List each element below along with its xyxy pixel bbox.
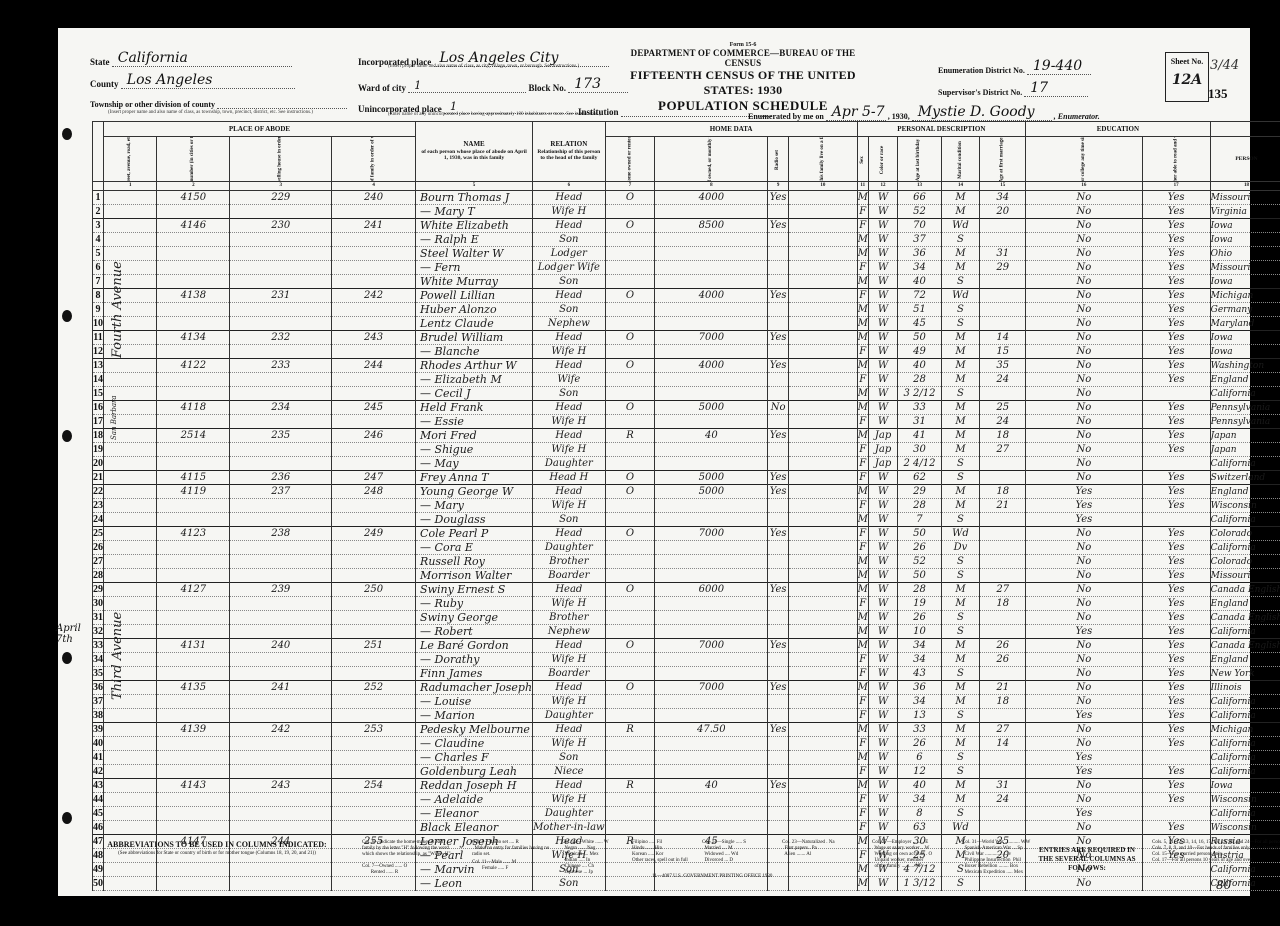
cell-marital: M <box>941 499 980 513</box>
cell-sex: M <box>857 317 868 331</box>
cell-street <box>104 233 157 247</box>
cell-race: W <box>868 205 897 219</box>
cell-race: W <box>868 695 897 709</box>
cell-name: — Shigue <box>416 443 533 457</box>
line-number: 9 <box>93 303 104 317</box>
cell-house <box>157 821 230 835</box>
cell-street <box>104 359 157 373</box>
table-row: 42Goldenburg LeahNieceFW12SYesYesCalifor… <box>93 765 1280 779</box>
cell-value <box>655 345 768 359</box>
cell-street <box>104 219 157 233</box>
cell-house <box>157 233 230 247</box>
cell-street <box>104 807 157 821</box>
table-row: 40— ClaudineWife HFW26M14NoYesCalifornia… <box>93 737 1280 751</box>
column-number: 9 <box>768 182 789 191</box>
cell-birth: Missouri <box>1210 261 1280 275</box>
cell-value <box>655 555 768 569</box>
cell-name: Frey Anna T <box>416 471 533 485</box>
cell-radio: Yes <box>768 219 789 233</box>
cell-family <box>332 695 416 709</box>
cell-read: Yes <box>1142 555 1210 569</box>
column-number: 8 <box>655 182 768 191</box>
cell-age-marr <box>980 387 1026 401</box>
cell-marital: M <box>941 793 980 807</box>
cell-birth: Michigan <box>1210 289 1280 303</box>
cell-radio: No <box>768 401 789 415</box>
line-number: 43 <box>93 779 104 793</box>
cell-radio <box>768 737 789 751</box>
cell-age: 50 <box>898 527 941 541</box>
cell-birth: New York <box>1210 667 1280 681</box>
cell-birth: California <box>1210 807 1280 821</box>
cell-name: — Eleanor <box>416 807 533 821</box>
cell-owned <box>605 513 655 527</box>
line-number: 3 <box>93 219 104 233</box>
cell-age: 34 <box>898 695 941 709</box>
cell-sex: F <box>857 597 868 611</box>
cell-house <box>157 569 230 583</box>
cell-sex: M <box>857 569 868 583</box>
cell-race: W <box>868 485 897 499</box>
stamp-number: 135 <box>1208 86 1228 102</box>
cell-street <box>104 485 157 499</box>
line-number: 44 <box>93 793 104 807</box>
cell-age-marr: 27 <box>980 723 1026 737</box>
cell-marital: M <box>941 583 980 597</box>
cell-name: — Louise <box>416 695 533 709</box>
cell-family <box>332 751 416 765</box>
cell-school: No <box>1026 205 1143 219</box>
cell-age: 37 <box>898 233 941 247</box>
cell-age-marr: 26 <box>980 639 1026 653</box>
cell-age-marr: 18 <box>980 597 1026 611</box>
cell-race: W <box>868 247 897 261</box>
cell-radio <box>768 233 789 247</box>
cell-family <box>332 205 416 219</box>
cell-age: 33 <box>898 401 941 415</box>
cell-family <box>332 275 416 289</box>
table-row: 38— MarionDaughterFW13SYesYesCaliforniaI… <box>93 709 1280 723</box>
table-row: 394139242253Pedesky MelbourneHeadR47.50Y… <box>93 723 1280 737</box>
column-number: 13 <box>898 182 941 191</box>
cell-marital: S <box>941 611 980 625</box>
cell-school: No <box>1026 373 1143 387</box>
line-number: 8 <box>93 289 104 303</box>
cell-dwelling <box>230 667 332 681</box>
cell-street <box>104 597 157 611</box>
cell-dwelling: 241 <box>230 681 332 695</box>
cell-house <box>157 247 230 261</box>
cell-read: Yes <box>1142 499 1210 513</box>
cell-house <box>157 345 230 359</box>
line-number: 2 <box>93 205 104 219</box>
header-school: Attended school or college any time sinc… <box>1026 137 1143 182</box>
cell-race: W <box>868 499 897 513</box>
cell-owned: O <box>605 331 655 345</box>
cell-read: Yes <box>1142 345 1210 359</box>
cell-relation: Wife H <box>533 737 606 751</box>
cell-radio <box>768 499 789 513</box>
cell-family <box>332 793 416 807</box>
cell-name: Reddan Joseph H <box>416 779 533 793</box>
header-age-marriage: Age at first marriage <box>980 137 1026 182</box>
cell-family <box>332 499 416 513</box>
cell-name: — Mary T <box>416 205 533 219</box>
cell-owned <box>605 751 655 765</box>
cell-race: W <box>868 233 897 247</box>
cell-radio <box>768 611 789 625</box>
table-row: 37— LouiseWife HFW34M18NoYesCaliforniaGe… <box>93 695 1280 709</box>
column-number: 3 <box>230 182 332 191</box>
census-title: FIFTEENTH CENSUS OF THE UNITED STATES: 1… <box>613 68 873 98</box>
cell-name: Huber Alonzo <box>416 303 533 317</box>
cell-house: 4122 <box>157 359 230 373</box>
header-street: Street, avenue, road, etc. <box>104 137 157 182</box>
cell-relation: Boarder <box>533 569 606 583</box>
cell-farm <box>789 415 858 429</box>
cell-school: Yes <box>1026 625 1143 639</box>
cell-radio <box>768 653 789 667</box>
cell-birth: England <box>1210 597 1280 611</box>
cell-relation: Head <box>533 429 606 443</box>
cell-marital: S <box>941 807 980 821</box>
cell-name: — Adelaide <box>416 793 533 807</box>
cell-value <box>655 695 768 709</box>
cell-race: W <box>868 471 897 485</box>
cell-marital: M <box>941 597 980 611</box>
cell-name: Pedesky Melbourne <box>416 723 533 737</box>
column-number: 17 <box>1142 182 1210 191</box>
cell-owned <box>605 597 655 611</box>
cell-value: 7000 <box>655 681 768 695</box>
column-number: 14 <box>941 182 980 191</box>
cell-marital: M <box>941 205 980 219</box>
cell-street <box>104 471 157 485</box>
cell-farm <box>789 233 858 247</box>
cell-radio <box>768 541 789 555</box>
header-color: Color or race <box>868 137 897 182</box>
cell-marital: S <box>941 569 980 583</box>
incorporated-note: (Insert proper name and also name of cla… <box>388 64 579 69</box>
cell-race: W <box>868 821 897 835</box>
cell-radio <box>768 373 789 387</box>
cell-read: Yes <box>1142 275 1210 289</box>
cell-relation: Nephew <box>533 317 606 331</box>
cell-birth: Canada English <box>1210 639 1280 653</box>
cell-house <box>157 317 230 331</box>
cell-race: W <box>868 723 897 737</box>
cell-dwelling <box>230 765 332 779</box>
cell-age: 26 <box>898 611 941 625</box>
cell-family <box>332 317 416 331</box>
cell-radio <box>768 695 789 709</box>
cell-relation: Head <box>533 527 606 541</box>
cell-dwelling <box>230 345 332 359</box>
cell-race: W <box>868 331 897 345</box>
cell-farm <box>789 793 858 807</box>
cell-family <box>332 597 416 611</box>
cell-family: 249 <box>332 527 416 541</box>
cell-school: No <box>1026 667 1143 681</box>
cell-name: Powell Lillian <box>416 289 533 303</box>
cell-radio <box>768 793 789 807</box>
cell-radio: Yes <box>768 485 789 499</box>
line-number: 12 <box>93 345 104 359</box>
cell-farm <box>789 261 858 275</box>
cell-owned <box>605 541 655 555</box>
cell-age: 34 <box>898 653 941 667</box>
cell-school: No <box>1026 681 1143 695</box>
table-row: 434143243254Reddan Joseph HHeadR40YesMW4… <box>93 779 1280 793</box>
cell-school: No <box>1026 779 1143 793</box>
cell-dwelling <box>230 611 332 625</box>
line-number: 32 <box>93 625 104 639</box>
cell-race: W <box>868 779 897 793</box>
cell-family: 252 <box>332 681 416 695</box>
cell-value <box>655 303 768 317</box>
abbr-col23: Col. 23—Naturalized . Na First papers . … <box>782 840 835 858</box>
column-number: 5 <box>416 182 533 191</box>
cell-house: 4118 <box>157 401 230 415</box>
cell-dwelling <box>230 261 332 275</box>
cell-family <box>332 709 416 723</box>
table-row: 12— BlancheWife HFW49M15NoYesIowaMissour… <box>93 345 1280 359</box>
cell-relation: Son <box>533 387 606 401</box>
cell-relation: Son <box>533 275 606 289</box>
cell-radio: Yes <box>768 779 789 793</box>
cell-read: Yes <box>1142 821 1210 835</box>
cell-dwelling <box>230 415 332 429</box>
cell-age-marr <box>980 807 1026 821</box>
line-number: 22 <box>93 485 104 499</box>
cell-school: No <box>1026 471 1143 485</box>
census-rows: 14150229240Bourn Thomas JHeadO4000YesMW6… <box>93 191 1280 891</box>
cell-marital: S <box>941 625 980 639</box>
cell-dwelling <box>230 821 332 835</box>
line-number: 35 <box>93 667 104 681</box>
cell-age: 40 <box>898 275 941 289</box>
cell-name: — Essie <box>416 415 533 429</box>
cell-age-marr: 15 <box>980 345 1026 359</box>
cell-race: W <box>868 303 897 317</box>
cell-sex: M <box>857 723 868 737</box>
cell-value: 7000 <box>655 331 768 345</box>
cell-school: No <box>1026 639 1143 653</box>
cell-sex: F <box>857 765 868 779</box>
cell-sex: F <box>857 443 868 457</box>
cell-marital: Wd <box>941 527 980 541</box>
cell-race: W <box>868 765 897 779</box>
line-number: 18 <box>93 429 104 443</box>
punch-hole <box>62 310 72 322</box>
line-number: 45 <box>93 807 104 821</box>
line-number: 10 <box>93 317 104 331</box>
cell-read: Yes <box>1142 695 1210 709</box>
cell-birth: Canada English <box>1210 583 1280 597</box>
line-number: 37 <box>93 695 104 709</box>
cell-name: Russell Roy <box>416 555 533 569</box>
cell-value <box>655 541 768 555</box>
cell-read: Yes <box>1142 583 1210 597</box>
cell-family <box>332 569 416 583</box>
cell-relation: Lodger Wife <box>533 261 606 275</box>
cell-age-marr: 27 <box>980 443 1026 457</box>
cell-value: 4000 <box>655 289 768 303</box>
cell-marital: S <box>941 317 980 331</box>
cell-sex: M <box>857 639 868 653</box>
cell-read: Yes <box>1142 191 1210 205</box>
cell-house <box>157 541 230 555</box>
cell-age-marr: 14 <box>980 331 1026 345</box>
line-number: 15 <box>93 387 104 401</box>
cell-school: No <box>1026 233 1143 247</box>
cell-house <box>157 457 230 471</box>
cell-age-marr: 14 <box>980 737 1026 751</box>
cell-read: Yes <box>1142 485 1210 499</box>
cell-dwelling: 238 <box>230 527 332 541</box>
cell-age: 31 <box>898 415 941 429</box>
cell-name: Black Eleanor <box>416 821 533 835</box>
cell-age: 36 <box>898 247 941 261</box>
cell-owned: O <box>605 359 655 373</box>
cell-owned: O <box>605 527 655 541</box>
state-field: State California <box>90 50 292 67</box>
cell-marital: S <box>941 765 980 779</box>
cell-school: No <box>1026 527 1143 541</box>
cell-read: Yes <box>1142 793 1210 807</box>
cell-birth: Wisconsin <box>1210 821 1280 835</box>
cell-school: No <box>1026 247 1143 261</box>
cell-marital: Wd <box>941 289 980 303</box>
cell-name: Swiny George <box>416 611 533 625</box>
cell-dwelling <box>230 513 332 527</box>
cell-race: W <box>868 527 897 541</box>
cell-street <box>104 513 157 527</box>
header-sex: Sex <box>857 137 868 182</box>
cell-race: Jap <box>868 443 897 457</box>
cell-radio <box>768 247 789 261</box>
cell-house <box>157 275 230 289</box>
cell-sex: M <box>857 275 868 289</box>
cell-family <box>332 611 416 625</box>
line-number: 25 <box>93 527 104 541</box>
cell-race: W <box>868 401 897 415</box>
cell-race: W <box>868 373 897 387</box>
cell-street <box>104 205 157 219</box>
cell-race: W <box>868 583 897 597</box>
cell-sex: F <box>857 373 868 387</box>
cell-owned: R <box>605 723 655 737</box>
abbr-col6: Col. 6—Indicate the home-maker in each f… <box>362 840 452 858</box>
cell-race: W <box>868 569 897 583</box>
cell-family: 251 <box>332 639 416 653</box>
cell-value: 5000 <box>655 471 768 485</box>
line-number: 38 <box>93 709 104 723</box>
enumerator-name: Mystie D. Goody <box>912 104 1041 120</box>
bottom-corner-note: 80 <box>1216 878 1231 892</box>
cell-street <box>104 569 157 583</box>
cell-street <box>104 555 157 569</box>
table-row: 182514235246Mori FredHeadR40YesMJap41M18… <box>93 429 1280 443</box>
cell-age-marr <box>980 289 1026 303</box>
cell-read <box>1142 513 1210 527</box>
cell-sex: M <box>857 779 868 793</box>
cell-name: — Mary <box>416 499 533 513</box>
cell-owned <box>605 807 655 821</box>
cell-value: 4000 <box>655 359 768 373</box>
cell-relation: Head <box>533 485 606 499</box>
cell-street <box>104 737 157 751</box>
cell-age-marr <box>980 821 1026 835</box>
cell-radio <box>768 317 789 331</box>
cell-farm <box>789 387 858 401</box>
cell-birth: California <box>1210 513 1280 527</box>
cell-sex: F <box>857 793 868 807</box>
cell-family <box>332 541 416 555</box>
cell-farm <box>789 303 858 317</box>
cell-read: Yes <box>1142 401 1210 415</box>
table-row: 224119237248Young George WHeadO5000YesMW… <box>93 485 1280 499</box>
cell-race: W <box>868 317 897 331</box>
cell-value <box>655 317 768 331</box>
cell-school: Yes <box>1026 513 1143 527</box>
cell-age: 26 <box>898 737 941 751</box>
cell-owned <box>605 695 655 709</box>
cell-family: 250 <box>332 583 416 597</box>
cell-owned: O <box>605 485 655 499</box>
cell-age: 28 <box>898 583 941 597</box>
supervisor-value: 17 <box>1024 80 1054 96</box>
cell-relation: Head <box>533 723 606 737</box>
cell-age-marr: 24 <box>980 373 1026 387</box>
cell-farm <box>789 625 858 639</box>
cell-age-marr <box>980 457 1026 471</box>
cell-dwelling <box>230 653 332 667</box>
cell-read: Yes <box>1142 569 1210 583</box>
cell-sex: M <box>857 191 868 205</box>
table-row: 34146230241White ElizabethHeadO8500YesFW… <box>93 219 1280 233</box>
cell-age-marr: 25 <box>980 401 1026 415</box>
cell-family: 253 <box>332 723 416 737</box>
cell-sex: M <box>857 359 868 373</box>
cell-owned: O <box>605 401 655 415</box>
line-number: 13 <box>93 359 104 373</box>
cell-birth: Pennsylvania <box>1210 401 1280 415</box>
cell-farm <box>789 457 858 471</box>
cell-owned <box>605 611 655 625</box>
line-number: 14 <box>93 373 104 387</box>
cell-age: 66 <box>898 191 941 205</box>
cell-age: 26 <box>898 541 941 555</box>
cell-family <box>332 345 416 359</box>
cell-birth: Iowa <box>1210 345 1280 359</box>
cell-birth: California <box>1210 541 1280 555</box>
abbr-note: (See abbreviations for State or country … <box>92 849 342 858</box>
cell-sex: M <box>857 429 868 443</box>
cell-age-marr: 21 <box>980 499 1026 513</box>
cell-age-marr: 26 <box>980 653 1026 667</box>
cell-dwelling <box>230 625 332 639</box>
cell-age: 34 <box>898 261 941 275</box>
line-number: 30 <box>93 597 104 611</box>
cell-school: No <box>1026 737 1143 751</box>
sheet-number: 12A <box>1166 72 1208 88</box>
cell-school: No <box>1026 429 1143 443</box>
cell-read: Yes <box>1142 233 1210 247</box>
sheet-number-box: Sheet No. 12A <box>1165 52 1209 102</box>
table-row: 31Swiny GeorgeBrotherMW26SNoYesCanada En… <box>93 611 1280 625</box>
cell-relation: Wife H <box>533 653 606 667</box>
